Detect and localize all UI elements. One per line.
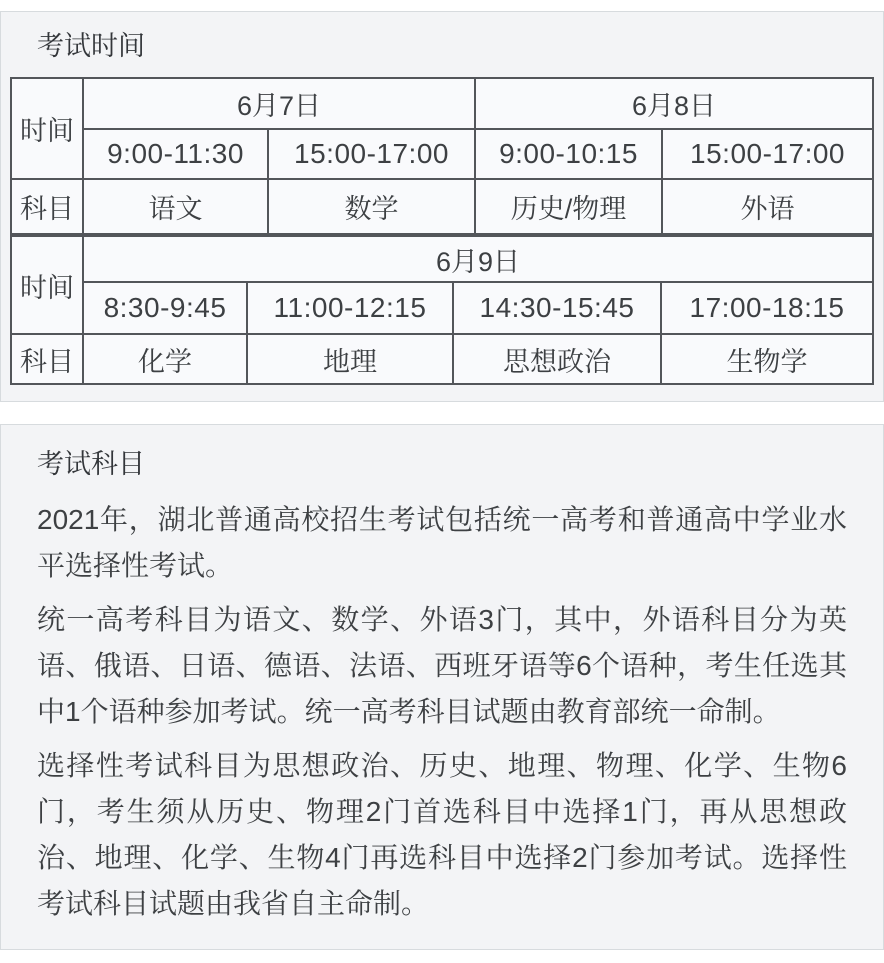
time-cell: 9:00-10:15	[475, 129, 662, 179]
time-cell: 14:30-15:45	[453, 282, 661, 334]
paragraph-selective-exam: 选择性考试科目为思想政治、历史、地理、物理、化学、生物6门，考生须从历史、物理2…	[37, 743, 847, 927]
subject-cell: 思想政治	[453, 334, 661, 384]
table-row: 科目 化学 地理 思想政治 生物学	[11, 334, 873, 384]
subject-cell: 语文	[83, 179, 268, 234]
table-row: 9:00-11:30 15:00-17:00 9:00-10:15 15:00-…	[11, 129, 873, 179]
subject-cell: 生物学	[661, 334, 873, 384]
date-cell: 6月9日	[83, 236, 873, 282]
subject-cell: 历史/物理	[475, 179, 662, 234]
subject-cell: 外语	[662, 179, 873, 234]
time-cell: 15:00-17:00	[268, 129, 475, 179]
exam-subjects-section: 考试科目 2021年，湖北普通高校招生考试包括统一高考和普通高中学业水平选择性考…	[0, 424, 884, 950]
paragraph-overview: 2021年，湖北普通高校招生考试包括统一高考和普通高中学业水平选择性考试。	[37, 497, 847, 589]
exam-time-title: 考试时间	[37, 27, 874, 65]
exam-subjects-title: 考试科目	[37, 445, 847, 483]
table-row: 时间 6月7日 6月8日	[11, 78, 873, 129]
exam-schedule-table-june9: 时间 6月9日 8:30-9:45 11:00-12:15 14:30-15:4…	[10, 235, 874, 385]
exam-subjects-body: 2021年，湖北普通高校招生考试包括统一高考和普通高中学业水平选择性考试。 统一…	[37, 497, 847, 927]
time-cell: 9:00-11:30	[83, 129, 268, 179]
time-cell: 15:00-17:00	[662, 129, 873, 179]
subject-cell: 数学	[268, 179, 475, 234]
exam-schedule-table-june7-8: 时间 6月7日 6月8日 9:00-11:30 15:00-17:00 9:00…	[10, 77, 874, 235]
time-cell: 8:30-9:45	[83, 282, 247, 334]
subject-cell: 地理	[247, 334, 453, 384]
time-cell: 17:00-18:15	[661, 282, 873, 334]
exam-time-section: 考试时间 时间 6月7日 6月8日 9:00-11:30 15:00-17:00…	[0, 11, 884, 402]
time-cell: 11:00-12:15	[247, 282, 453, 334]
table-row: 8:30-9:45 11:00-12:15 14:30-15:45 17:00-…	[11, 282, 873, 334]
date-cell: 6月7日	[83, 78, 475, 129]
row-header-subject: 科目	[11, 334, 83, 384]
article-page: 考试时间 时间 6月7日 6月8日 9:00-11:30 15:00-17:00…	[0, 0, 884, 963]
row-header-time: 时间	[11, 78, 83, 179]
date-cell: 6月8日	[475, 78, 873, 129]
paragraph-unified-exam: 统一高考科目为语文、数学、外语3门，其中，外语科目分为英语、俄语、日语、德语、法…	[37, 597, 847, 735]
table-row: 科目 语文 数学 历史/物理 外语	[11, 179, 873, 234]
row-header-time: 时间	[11, 236, 83, 334]
row-header-subject: 科目	[11, 179, 83, 234]
subject-cell: 化学	[83, 334, 247, 384]
table-row: 时间 6月9日	[11, 236, 873, 282]
